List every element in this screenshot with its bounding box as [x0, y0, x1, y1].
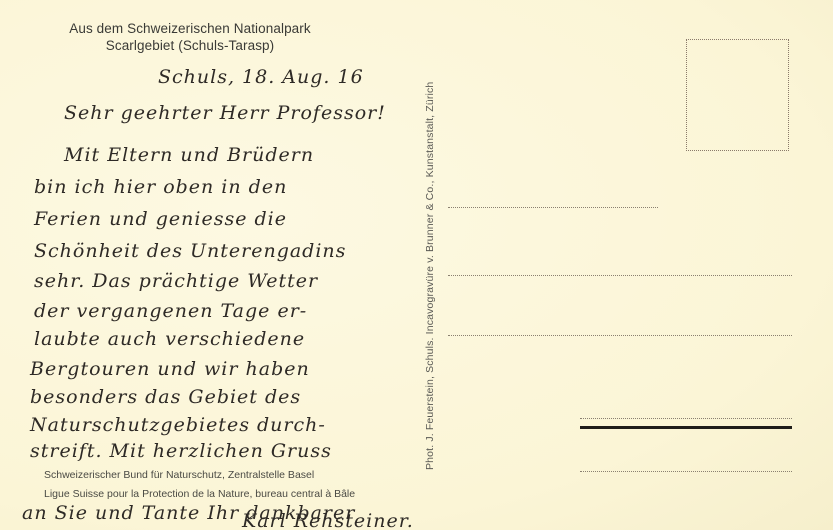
message-line: Naturschutzgebietes durch-	[30, 414, 326, 436]
photo-credit: Phot. J. Feuerstein, Schuls. Incavogravü…	[424, 20, 436, 470]
message-line: Bergtouren und wir haben	[30, 358, 310, 380]
header-line-1: Aus dem Schweizerischen Nationalpark	[30, 20, 350, 37]
message-date-line: Schuls, 18. Aug. 16	[158, 66, 364, 88]
message-line: Schönheit des Unterengadins	[34, 240, 346, 262]
message-signature: Karl Rehsteiner.	[242, 510, 414, 530]
address-line	[580, 418, 792, 419]
message-salutation: Sehr geehrter Herr Professor!	[64, 102, 386, 124]
address-line	[448, 207, 658, 208]
footer-line-1: Schweizerischer Bund für Naturschutz, Ze…	[44, 469, 314, 481]
message-line: der vergangenen Tage er-	[34, 300, 307, 322]
address-line	[448, 275, 792, 276]
stamp-box	[686, 39, 789, 151]
message-line: Ferien und geniesse die	[34, 208, 287, 230]
address-underline	[580, 426, 792, 429]
message-line: sehr. Das prächtige Wetter	[34, 270, 318, 292]
address-line	[448, 335, 792, 336]
printed-header: Aus dem Schweizerischen Nationalpark Sca…	[30, 20, 350, 54]
message-line: bin ich hier oben in den	[34, 176, 287, 198]
message-line: Mit Eltern und Brüdern	[64, 144, 314, 166]
header-line-2: Scarlgebiet (Schuls-Tarasp)	[30, 37, 350, 54]
message-line: laubte auch verschiedene	[34, 328, 305, 350]
footer-line-2: Ligue Suisse pour la Protection de la Na…	[44, 488, 355, 500]
message-line: besonders das Gebiet des	[30, 386, 301, 408]
address-line	[580, 471, 792, 472]
postcard-back: Aus dem Schweizerischen Nationalpark Sca…	[0, 0, 833, 530]
message-line: streift. Mit herzlichen Gruss	[30, 440, 332, 462]
